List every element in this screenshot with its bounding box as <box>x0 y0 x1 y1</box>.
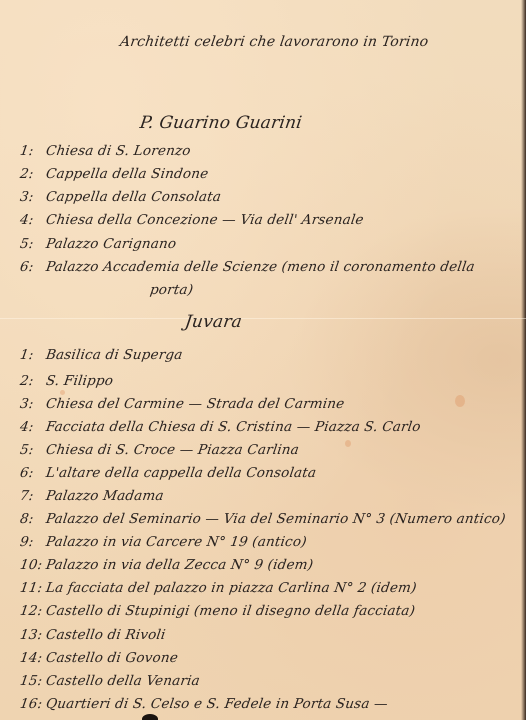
list-item-continuation: porta) <box>149 282 194 298</box>
list-item: 2:S. Filippo <box>19 373 114 389</box>
manuscript-page: Architetti celebri che lavorarono in Tor… <box>0 0 526 720</box>
list-item: 16:Quartieri di S. Celso e S. Fedele in … <box>19 696 389 712</box>
list-item: 13:Castello di Rivoli <box>19 627 167 643</box>
list-item: 15:Castello della Venaria <box>19 673 201 689</box>
ink-blot <box>142 714 158 720</box>
list-item: 1:Basilica di Superga <box>19 347 184 363</box>
foxing-stain <box>455 395 465 407</box>
foxing-stain <box>60 390 65 395</box>
list-item: 9:Palazzo in via Carcere N° 19 (antico) <box>19 534 308 550</box>
list-item: 3:Chiesa del Carmine — Strada del Carmin… <box>19 396 346 412</box>
list-item: 4:Facciata della Chiesa di S. Cristina —… <box>19 419 422 435</box>
list-item: 6:L'altare della cappella della Consolat… <box>19 465 317 481</box>
list-item: 2:Cappella della Sindone <box>19 166 210 182</box>
list-item: 11:La facciata del palazzo in piazza Car… <box>19 580 418 596</box>
list-item: 6:Palazzo Accademia delle Scienze (meno … <box>19 259 476 275</box>
list-item: 14:Castello di Govone <box>19 650 179 666</box>
list-item: 12:Castello di Stupinigi (meno il disegn… <box>19 603 416 619</box>
list-item: 5:Palazzo Carignano <box>19 236 178 252</box>
list-item: 5:Chiesa di S. Croce — Piazza Carlina <box>19 442 300 458</box>
paper-fold-line <box>0 318 526 319</box>
list-item: 7:Palazzo Madama <box>19 488 165 504</box>
list-item: 3:Cappella della Consolata <box>19 189 222 205</box>
document-title: Architetti celebri che lavorarono in Tor… <box>119 34 430 50</box>
page-edge-shadow <box>521 0 526 720</box>
section-heading-juvara: Juvara <box>184 312 244 332</box>
list-item: 1:Chiesa di S. Lorenzo <box>19 143 192 159</box>
foxing-stain <box>345 440 351 447</box>
list-item: 10:Palazzo in via della Zecca N° 9 (idem… <box>19 557 314 573</box>
list-item: 8:Palazzo del Seminario — Via del Semina… <box>19 511 507 527</box>
list-item: 4:Chiesa della Concezione — Via dell' Ar… <box>19 212 365 228</box>
section-heading-guarini: P. Guarino Guarini <box>139 113 304 133</box>
